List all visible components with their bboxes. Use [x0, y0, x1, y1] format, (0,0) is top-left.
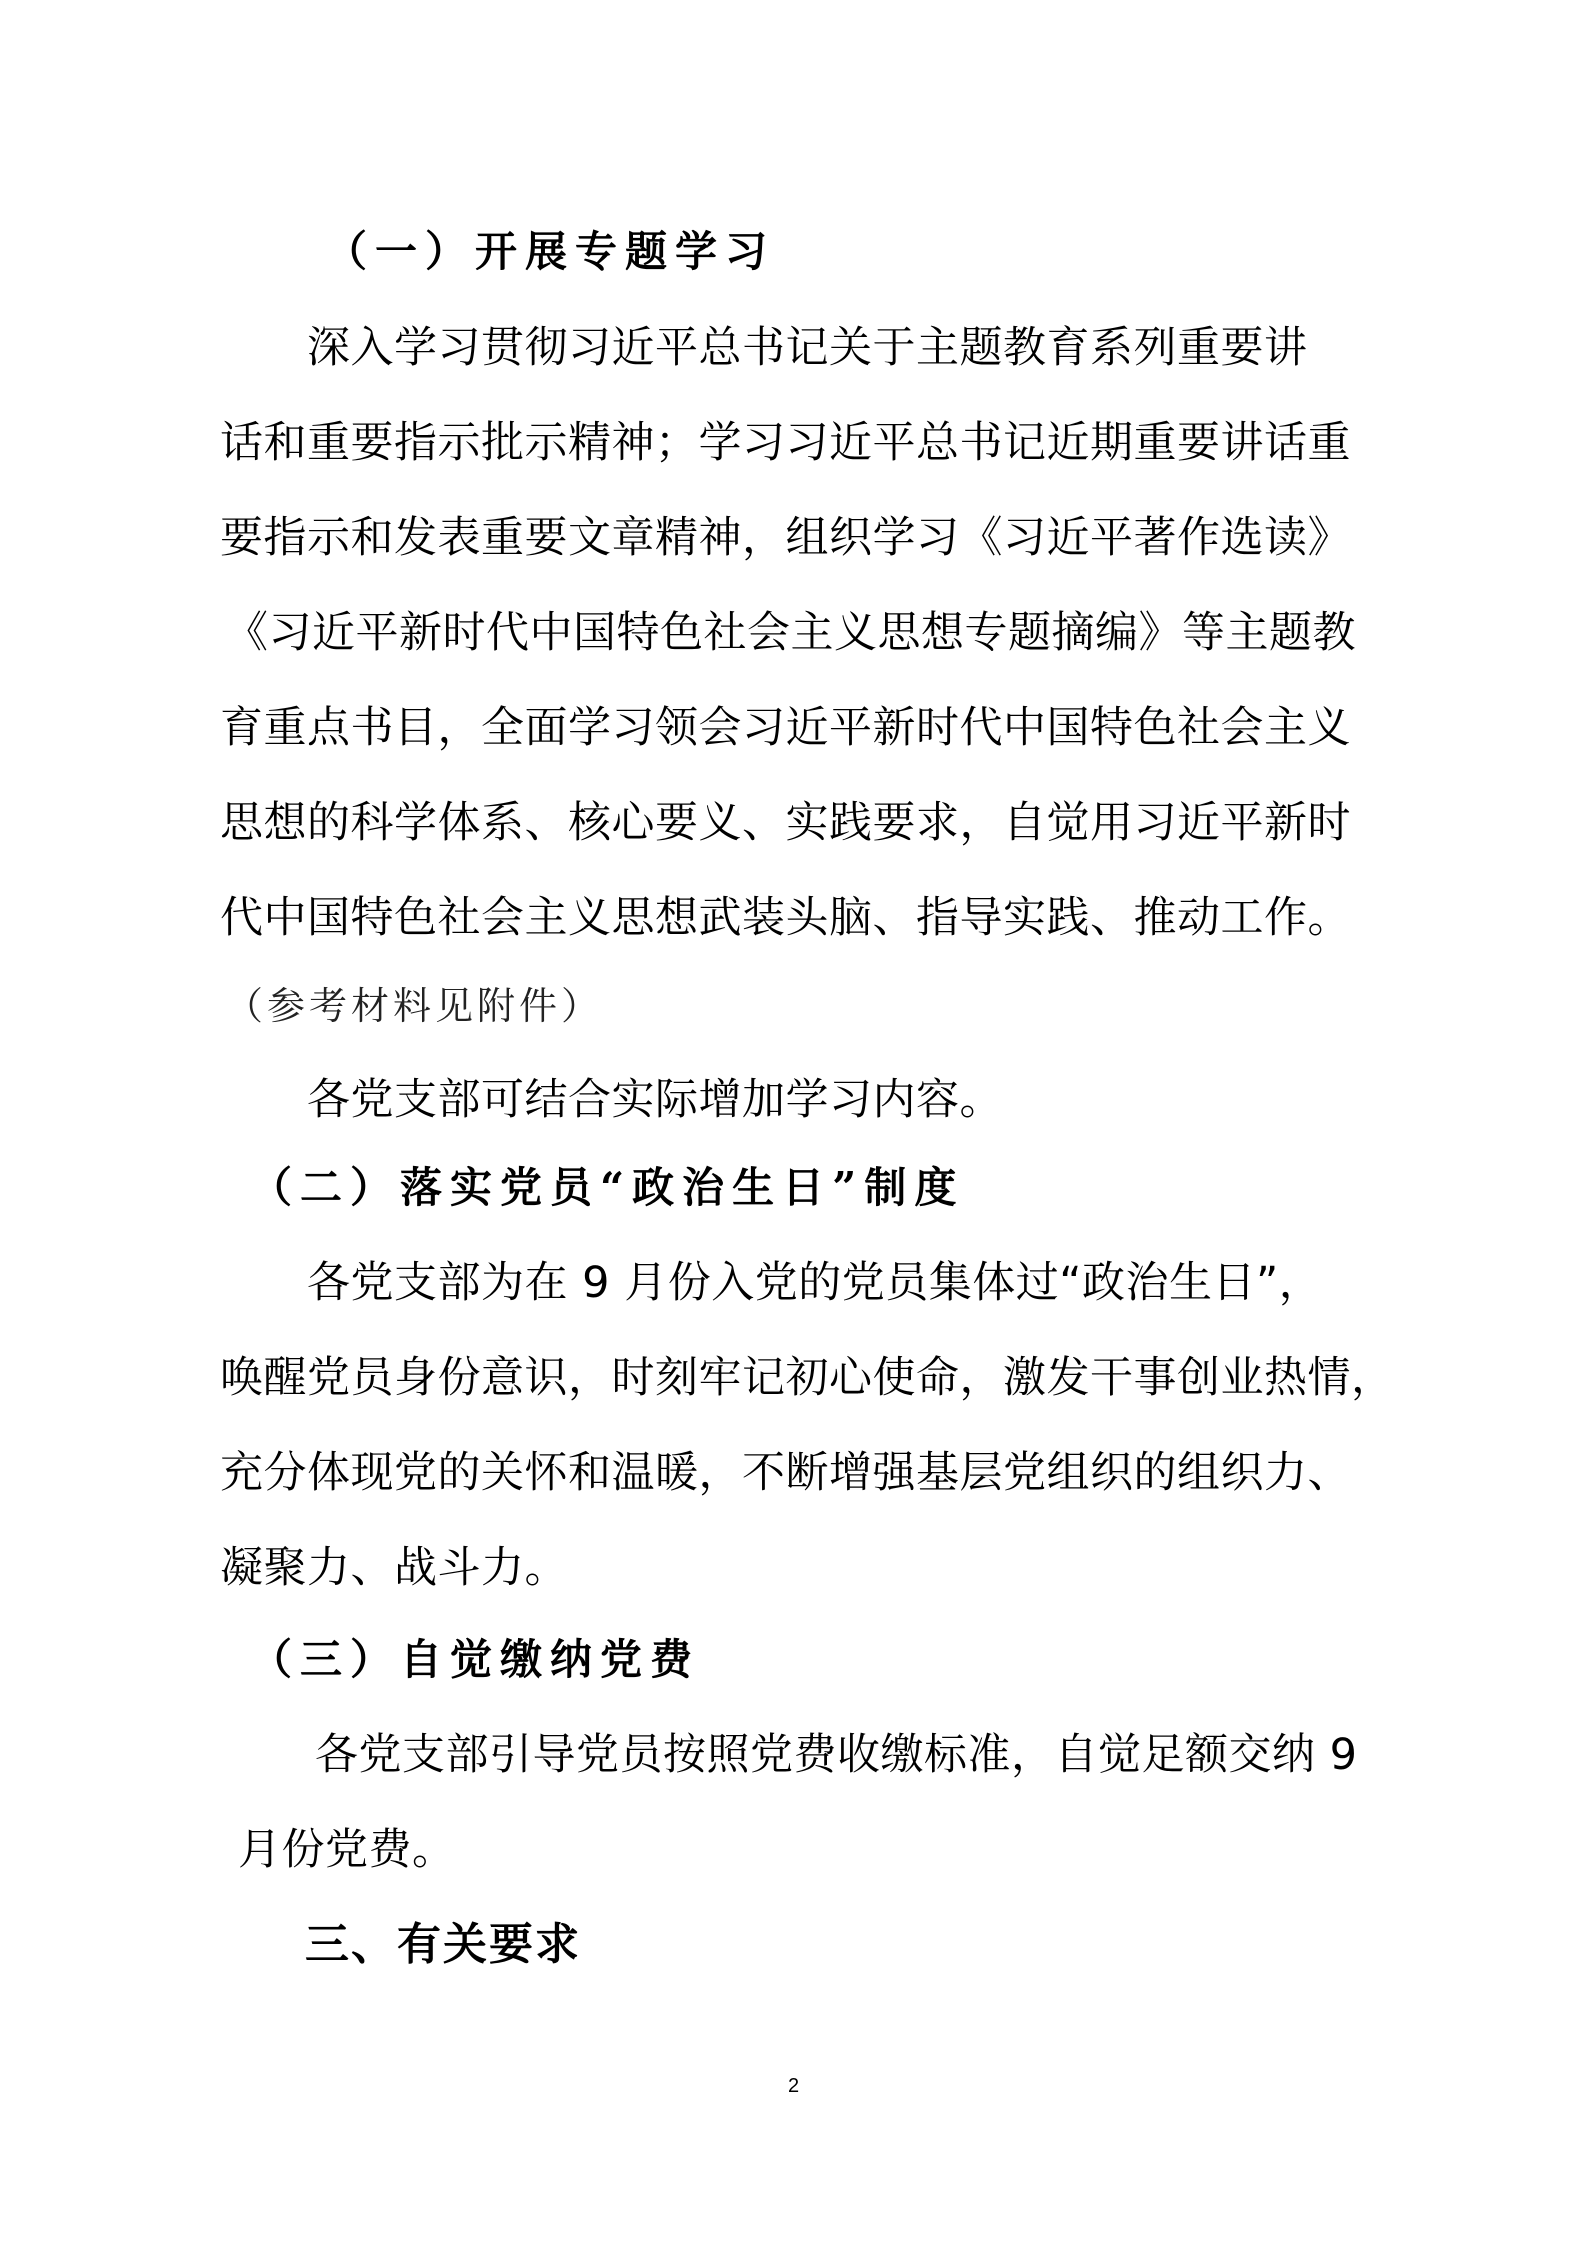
paragraph-line: 各党支部可结合实际增加学习内容。	[307, 1070, 1003, 1130]
paragraph-line: 深入学习贯彻习近平总书记关于主题教育系列重要讲	[307, 318, 1308, 378]
reference-note: （参考材料见附件）	[225, 976, 603, 1036]
section-heading-1: （一）开展专题学习	[325, 222, 775, 282]
paragraph-line: 充分体现党的关怀和温暖，不断增强基层党组织的组织力、	[220, 1443, 1351, 1503]
paragraph-line: 月份党费。	[238, 1820, 456, 1880]
document-page: （一）开展专题学习 深入学习贯彻习近平总书记关于主题教育系列重要讲 话和重要指示…	[0, 0, 1587, 2245]
paragraph-line: 育重点书目，全面学习领会习近平新时代中国特色社会主义	[220, 698, 1351, 758]
section-heading-3: （三）自觉缴纳党费	[250, 1630, 700, 1690]
section-heading-2: （二）落实党员“政治生日”制度	[250, 1158, 964, 1218]
paragraph-line: 要指示和发表重要文章精神，组织学习《习近平著作选读》	[220, 508, 1351, 568]
paragraph-line: 各党支部引导党员按照党费收缴标准，自觉足额交纳 9	[315, 1725, 1358, 1785]
paragraph-line: 唤醒党员身份意识，时刻牢记初心使命，激发干事创业热情，	[220, 1348, 1395, 1408]
paragraph-line: 《习近平新时代中国特色社会主义思想专题摘编》等主题教	[225, 603, 1356, 663]
paragraph-line: 凝聚力、战斗力。	[220, 1538, 568, 1598]
paragraph-line: 话和重要指示批示精神；学习习近平总书记近期重要讲话重	[220, 413, 1351, 473]
paragraph-line: 思想的科学体系、核心要义、实践要求，自觉用习近平新时	[220, 793, 1351, 853]
paragraph-line: 各党支部为在 9 月份入党的党员集体过“政治生日”，	[307, 1253, 1322, 1313]
major-heading: 三、有关要求	[305, 1915, 581, 1975]
page-number: 2	[0, 2075, 1587, 2098]
paragraph-line: 代中国特色社会主义思想武装头脑、指导实践、推动工作。	[220, 888, 1351, 948]
